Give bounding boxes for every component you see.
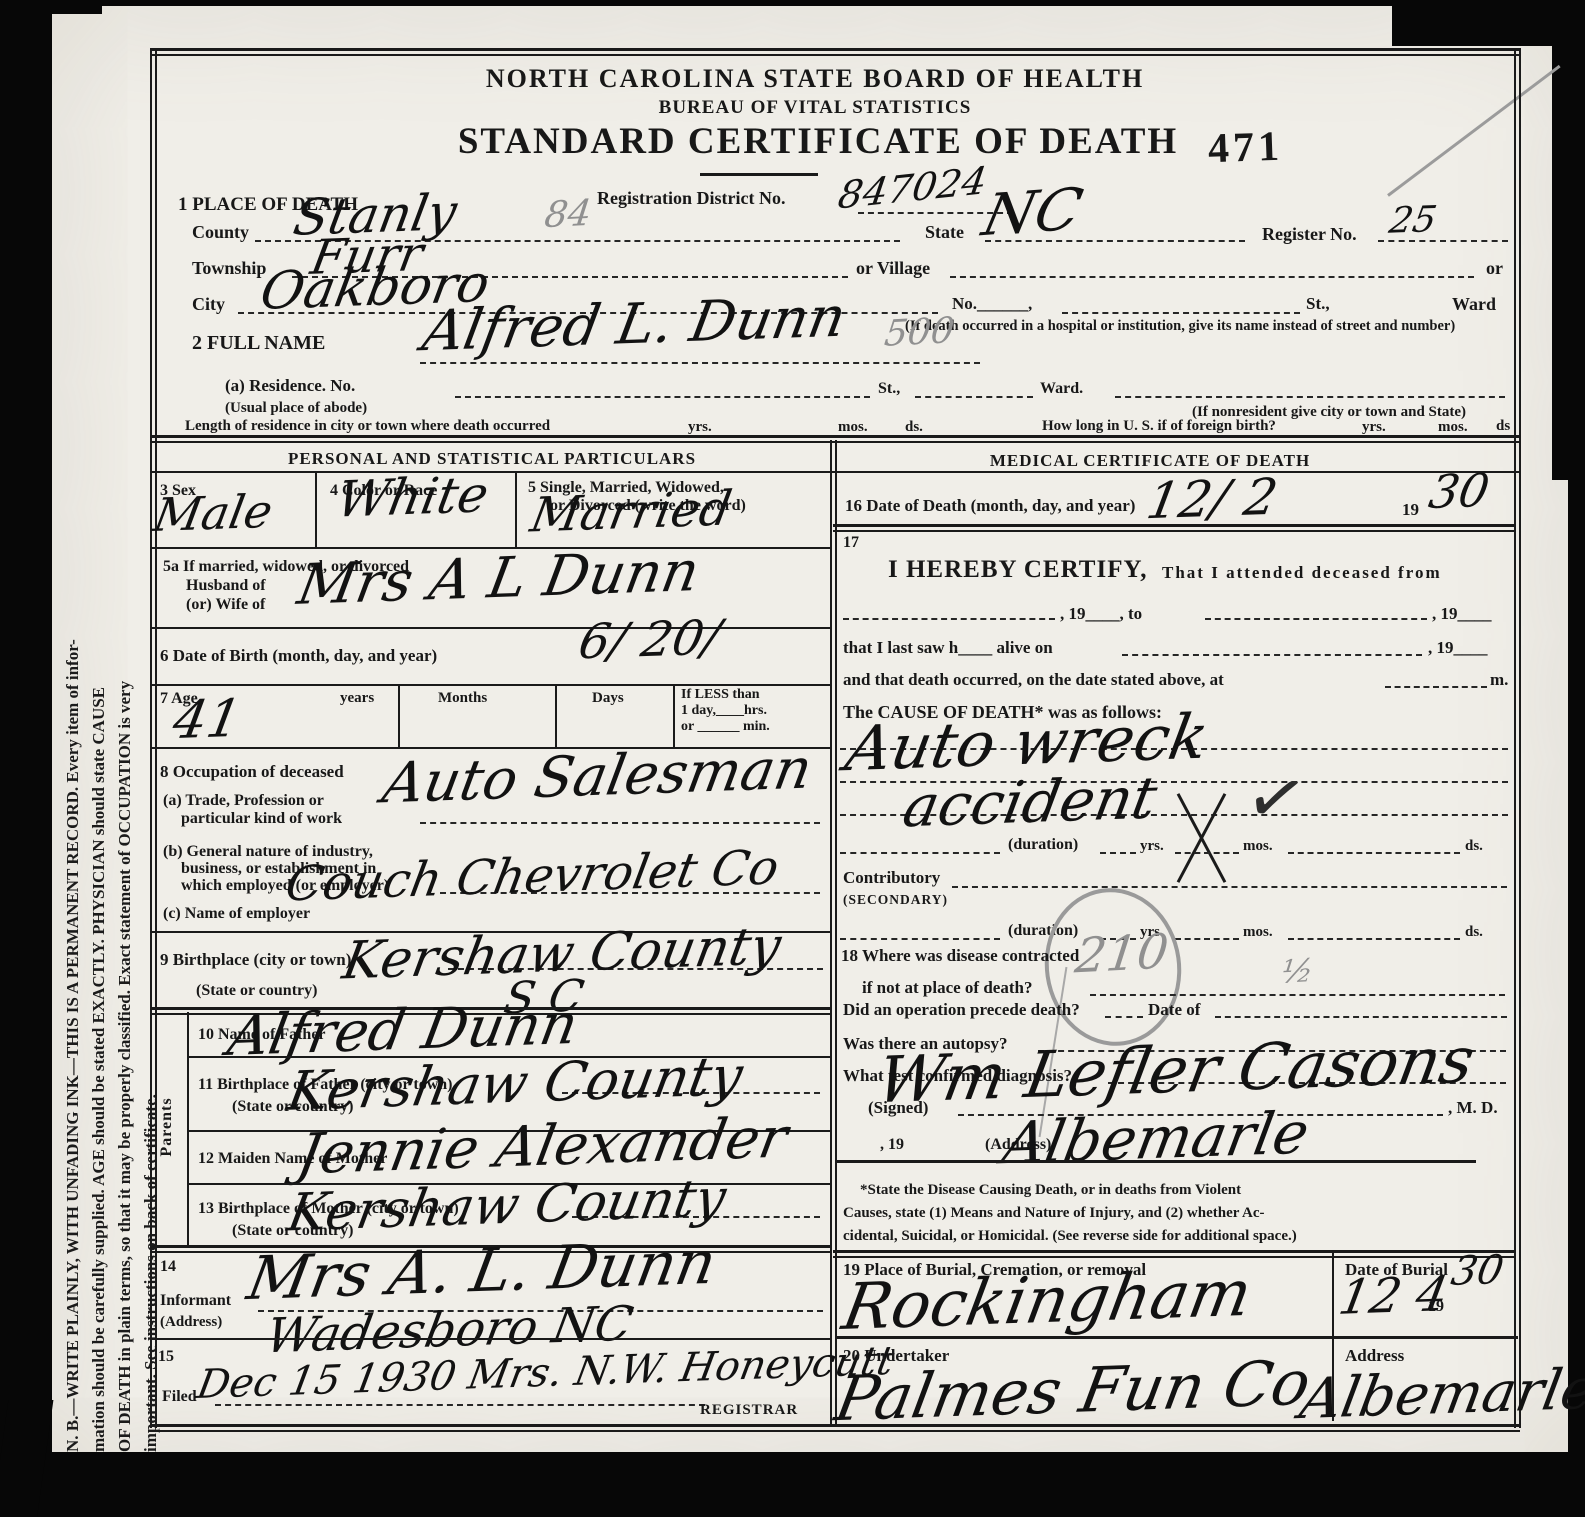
bureau-subtitle: BUREAU OF VITAL STATISTICS bbox=[659, 97, 972, 119]
age-cell-divider bbox=[673, 684, 675, 747]
margin-instructions: N. B.—WRITE PLAINLY, WITH UNFADING INK—T… bbox=[60, 60, 164, 1452]
last-saw-label: that I last saw h____ alive on bbox=[843, 638, 1053, 658]
margin-line: N. B.—WRITE PLAINLY, WITH UNFADING INK—T… bbox=[60, 60, 86, 1452]
city-label: City bbox=[192, 294, 225, 315]
physician-address-value: Albemarle bbox=[998, 1099, 1314, 1178]
undertaker-address-label: Address bbox=[1345, 1346, 1404, 1366]
full-name-line bbox=[420, 362, 980, 364]
marital-value: Married bbox=[526, 481, 735, 544]
residence-st-line bbox=[915, 396, 1033, 398]
duration2-ds-label: ds. bbox=[1465, 924, 1483, 941]
informant-address-label: (Address) bbox=[160, 1314, 222, 1331]
certificate-number: 471 bbox=[1207, 123, 1284, 174]
duration2-line bbox=[1175, 938, 1239, 940]
state-label: State bbox=[925, 222, 964, 243]
register-no-value: 25 bbox=[1386, 199, 1439, 242]
dob-value: 6/ 20/ bbox=[575, 610, 725, 671]
footnote-line-3: cidental, Suicidal, or Homicidal. (See r… bbox=[843, 1228, 1297, 1245]
or-label: or bbox=[1486, 258, 1503, 279]
contributory-label: Contributory bbox=[843, 868, 940, 888]
ds2-label: ds bbox=[1496, 418, 1510, 435]
row-line bbox=[836, 1336, 1518, 1339]
full-name-label: 2 FULL NAME bbox=[192, 332, 325, 355]
item-14-number: 14 bbox=[160, 1258, 176, 1276]
last-saw-line bbox=[1122, 654, 1422, 656]
race-marital-divider bbox=[515, 472, 517, 547]
residence-ward-label: Ward. bbox=[1040, 380, 1083, 398]
abode-note: (Usual place of abode) bbox=[225, 400, 367, 417]
parents-vertical-label: Parents bbox=[158, 1067, 178, 1187]
certify-bold-text: I HEREBY CERTIFY, bbox=[888, 556, 1147, 584]
residence-label: (a) Residence. No. bbox=[225, 376, 355, 396]
county-label: County bbox=[192, 222, 249, 243]
item-17-number: 17 bbox=[843, 534, 859, 552]
pencil-210-value: 210 bbox=[1072, 924, 1171, 985]
state-value: NC bbox=[977, 175, 1089, 249]
burial-19-label: 19 bbox=[1428, 1298, 1444, 1316]
duration-mos-label: mos. bbox=[1243, 838, 1273, 855]
less-than-label-3: or ______ min. bbox=[681, 719, 770, 735]
burial-place-value: Rockingham bbox=[837, 1257, 1257, 1345]
row-line bbox=[150, 627, 830, 629]
operation-line bbox=[1105, 1016, 1143, 1018]
residence-line bbox=[455, 396, 870, 398]
age-cell-divider bbox=[398, 684, 400, 747]
duration2-mos-label: mos. bbox=[1243, 924, 1273, 941]
informant-label: Informant bbox=[160, 1292, 231, 1310]
scan-edge-right bbox=[1552, 30, 1585, 480]
row-line bbox=[150, 684, 830, 686]
sex-race-divider bbox=[315, 472, 317, 547]
undertaker-address-value: Albemarle bbox=[1295, 1357, 1585, 1432]
age-days-label: Days bbox=[592, 690, 624, 707]
registration-district-label: Registration District No. bbox=[597, 188, 785, 209]
attended-19-to-label: , 19____, to bbox=[1060, 604, 1142, 624]
certify-rest-text: That I attended deceased from bbox=[1162, 563, 1442, 583]
certificate-title: STANDARD CERTIFICATE OF DEATH bbox=[458, 120, 1178, 163]
ds-label: ds. bbox=[905, 419, 923, 436]
occupation-a-line bbox=[420, 822, 820, 824]
duration-line bbox=[1175, 852, 1239, 854]
margin-line: mation should be carefully supplied. AGE… bbox=[86, 60, 112, 1452]
frame-right bbox=[1514, 48, 1521, 1428]
date-of-death-19: 19 bbox=[1402, 500, 1419, 520]
frame-left bbox=[150, 48, 157, 1428]
title-underline bbox=[700, 173, 818, 176]
frame-top bbox=[150, 48, 1520, 56]
contributory-line bbox=[952, 886, 1507, 888]
attended-to-line bbox=[1205, 618, 1427, 620]
secondary-label: (SECONDARY) bbox=[843, 892, 948, 908]
date-of-death-year: 30 bbox=[1425, 463, 1494, 519]
age-value: 41 bbox=[168, 689, 245, 751]
item-15-number: 15 bbox=[158, 1348, 174, 1366]
mos2-label: mos. bbox=[1438, 419, 1468, 436]
hospital-note: (If death occurred in a hospital or inst… bbox=[905, 318, 1455, 335]
column-divider bbox=[830, 440, 837, 1424]
residence-ward-line bbox=[1115, 396, 1505, 398]
registrar-label: REGISTRAR bbox=[700, 1402, 798, 1419]
board-title: NORTH CAROLINA STATE BOARD OF HEALTH bbox=[486, 64, 1144, 94]
footnote-line-2: Causes, state (1) Means and Nature of In… bbox=[843, 1205, 1265, 1222]
yrs2-label: yrs. bbox=[1362, 419, 1386, 436]
burial-year-value: 30 bbox=[1448, 1247, 1507, 1295]
register-no-label: Register No. bbox=[1262, 224, 1357, 245]
occupation-a-label-2: particular kind of work bbox=[181, 810, 342, 828]
cause-value-2: accident bbox=[898, 764, 1162, 841]
less-than-label-2: 1 day,____hrs. bbox=[681, 703, 767, 719]
operation-date-line bbox=[1215, 1016, 1507, 1018]
mos-label: mos. bbox=[838, 419, 868, 436]
duration2-line bbox=[1288, 938, 1460, 940]
burial-date-value: 12 4 bbox=[1335, 1266, 1453, 1326]
street-no-label: No.______, bbox=[952, 294, 1032, 314]
pencil-half-mark: ½ bbox=[1280, 951, 1316, 991]
footnote-line-1: *State the Disease Causing Death, or in … bbox=[860, 1182, 1241, 1199]
county-pencil-number: 84 bbox=[542, 193, 593, 236]
spouse-label-2: Husband of bbox=[186, 577, 266, 595]
operation-label: Did an operation precede death? bbox=[843, 1000, 1080, 1020]
foreign-birth-label: How long in U. S. if of foreign birth? bbox=[1042, 418, 1276, 435]
duration-line bbox=[1288, 852, 1460, 854]
age-cell-divider bbox=[555, 684, 557, 747]
occupation-label: 8 Occupation of deceased bbox=[160, 762, 344, 782]
occupation-a-label-1: (a) Trade, Profession or bbox=[163, 792, 324, 810]
attended-19-label: , 19____ bbox=[1432, 604, 1492, 624]
scan-edge-bottom bbox=[30, 1452, 1585, 1517]
duration-lead-line bbox=[840, 852, 1000, 854]
date-of-death-rule bbox=[833, 524, 1514, 532]
street-line bbox=[1062, 312, 1300, 314]
occupation-c-label: (c) Name of employer bbox=[163, 905, 310, 923]
signature-rule bbox=[836, 1160, 1476, 1163]
age-years-label: years bbox=[340, 690, 374, 707]
row-line bbox=[150, 1338, 830, 1340]
township-label: Township bbox=[192, 258, 266, 279]
or-village-label: or Village bbox=[856, 258, 930, 279]
less-than-label-1: If LESS than bbox=[681, 687, 760, 703]
margin-line: OF DEATH in plain terms, so that it may … bbox=[112, 60, 138, 1452]
spouse-label-3: (or) Wife of bbox=[186, 596, 265, 614]
length-of-residence-label: Length of residence in city or town wher… bbox=[185, 418, 550, 435]
signed-19-label: , 19 bbox=[880, 1136, 904, 1154]
race-value: White bbox=[332, 465, 493, 528]
full-name-pencil-number: 500 bbox=[882, 310, 956, 355]
dob-label: 6 Date of Birth (month, day, and year) bbox=[160, 646, 437, 666]
duration-yrs-label: yrs. bbox=[1140, 838, 1164, 855]
signed-md-label: , M. D. bbox=[1448, 1098, 1498, 1118]
attended-from-line bbox=[843, 618, 1055, 620]
yrs-label: yrs. bbox=[688, 419, 712, 436]
death-occurred-line bbox=[1385, 686, 1487, 688]
scan-edge-left bbox=[0, 0, 52, 1517]
date-of-death-label: 16 Date of Death (month, day, and year) bbox=[845, 496, 1135, 516]
filed-label: Filed bbox=[162, 1388, 197, 1406]
birthplace-label: 9 Birthplace (city or town) bbox=[160, 950, 351, 970]
duration2-lead-line bbox=[840, 938, 1000, 940]
duration-ds-label: ds. bbox=[1465, 838, 1483, 855]
scan-edge-topleft bbox=[52, 0, 102, 14]
duration-label: (duration) bbox=[1008, 836, 1078, 854]
village-line bbox=[950, 276, 1474, 278]
ward-label: Ward bbox=[1452, 294, 1496, 315]
st-label: St., bbox=[1306, 294, 1330, 314]
last-saw-19-label: , 19____ bbox=[1428, 638, 1488, 658]
burial-top-rule bbox=[833, 1250, 1514, 1258]
duration-line bbox=[1100, 852, 1136, 854]
date-of-death-value: 12/ 2 bbox=[1142, 468, 1281, 530]
operation-date-of-label: Date of bbox=[1148, 1000, 1200, 1020]
age-months-label: Months bbox=[438, 690, 487, 707]
disease-contracted-label-1: 18 Where was disease contracted bbox=[841, 946, 1079, 966]
death-occurred-m-label: m. bbox=[1490, 670, 1508, 690]
sex-value: Male bbox=[150, 484, 277, 542]
scanned-death-certificate: N. B.—WRITE PLAINLY, WITH UNFADING INK—T… bbox=[0, 0, 1585, 1517]
disease-contracted-label-2: if not at place of death? bbox=[862, 978, 1032, 998]
death-occurred-label: and that death occurred, on the date sta… bbox=[843, 670, 1224, 690]
disease-contracted-line bbox=[1090, 994, 1505, 996]
birthplace-label-2: (State or country) bbox=[196, 982, 317, 1000]
residence-st-label: St., bbox=[878, 380, 900, 398]
